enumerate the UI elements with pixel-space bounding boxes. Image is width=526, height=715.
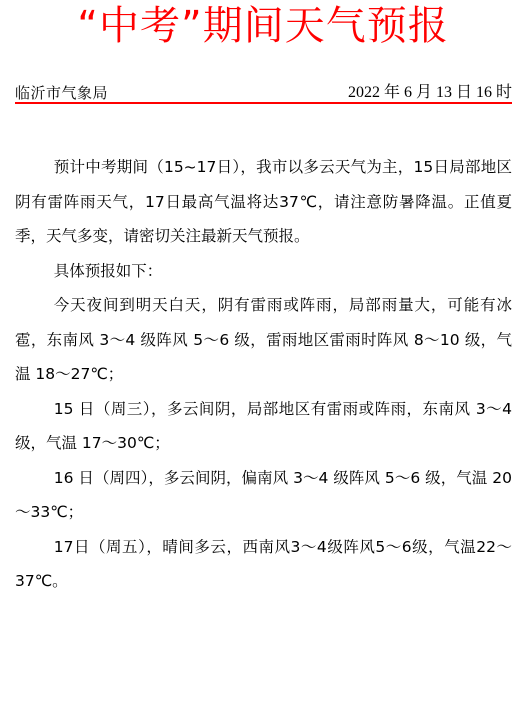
- paragraph-day-15: 15 日（周三），多云间阴，局部地区有雷雨或阵雨，东南风 3～4 级，气温 17…: [15, 392, 512, 461]
- paragraph-tonight-tomorrow: 今天夜间到明天白天，阴有雷雨或阵雨，局部雨量大，可能有冰雹，东南风 3～4 级阵…: [15, 288, 512, 392]
- document-body: 预计中考期间（15~17日），我市以多云天气为主，15日局部地区阴有雷阵雨天气，…: [15, 150, 512, 599]
- header-divider: [15, 102, 512, 104]
- issuer-name: 临沂市气象局: [15, 84, 108, 102]
- paragraph-day-16: 16 日（周四），多云间阴，偏南风 3～4 级阵风 5～6 级，气温 20～33…: [15, 461, 512, 530]
- document-title: “中考”期间天气预报: [0, 2, 526, 50]
- paragraph-day-17: 17日（周五），晴间多云，西南风3～4级阵风5～6级，气温22～37℃。: [15, 530, 512, 599]
- paragraph-summary: 预计中考期间（15~17日），我市以多云天气为主，15日局部地区阴有雷阵雨天气，…: [15, 150, 512, 254]
- paragraph-detail-heading: 具体预报如下：: [15, 254, 512, 289]
- document-header: 临沂市气象局 2022 年 6 月 13 日 16 时: [15, 80, 512, 103]
- issue-time: 2022 年 6 月 13 日 16 时: [348, 84, 512, 102]
